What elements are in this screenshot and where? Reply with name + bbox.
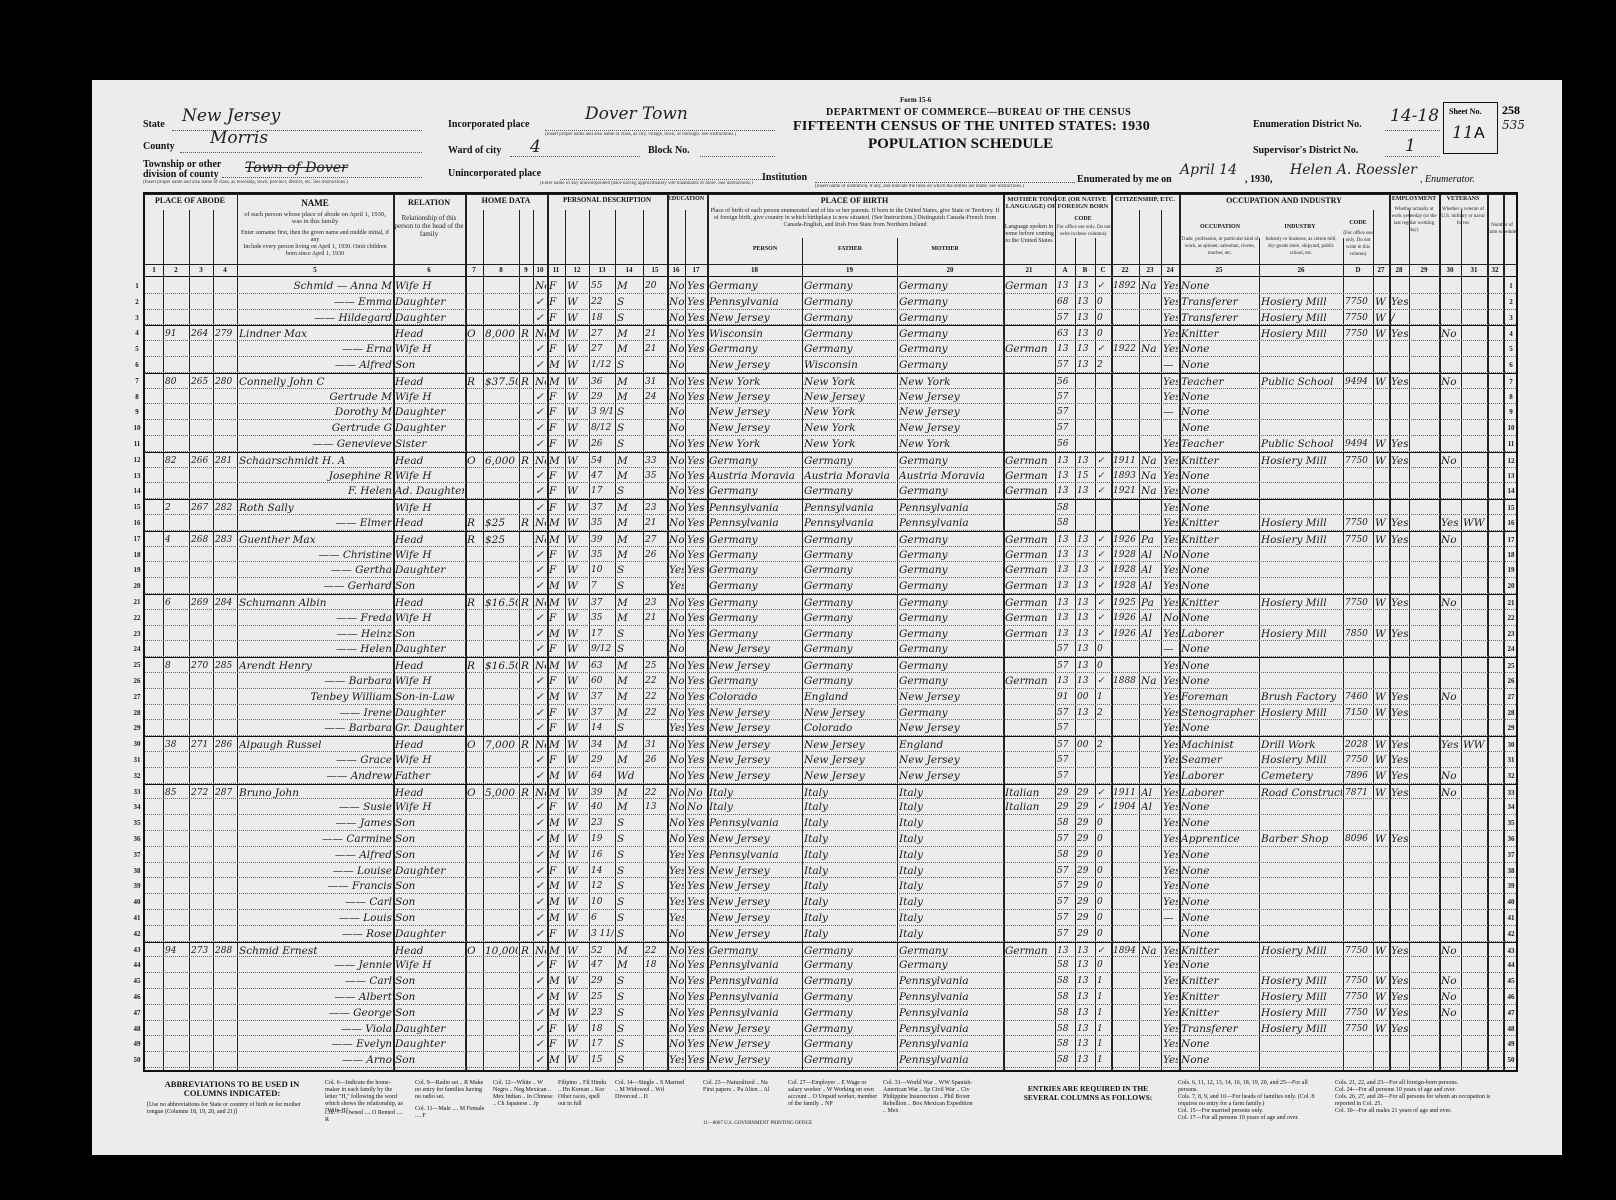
cell-age: 6 <box>591 910 614 926</box>
table-row: 82266281Schaarschmidt H. AHeadO6,000RNoM… <box>145 452 1516 468</box>
cell-dw: 272 <box>191 785 212 801</box>
stamp-number: 258 <box>1502 103 1520 118</box>
row-number: 30 <box>131 736 143 752</box>
cell-fbp: Germany <box>804 278 896 294</box>
row-number: 33 <box>131 784 143 800</box>
cell-ca: 13 <box>1057 943 1074 959</box>
cell-imm: 1926 <box>1113 532 1138 548</box>
cell-rel: Head <box>395 943 464 959</box>
cell-age: 40 <box>591 799 614 815</box>
cell-sch: No <box>669 310 684 326</box>
supervisor-label: Supervisor's District No. <box>1253 145 1358 156</box>
row-number: 49 <box>131 1036 143 1052</box>
cell-race: W <box>567 562 588 578</box>
cell-rn2: 41 <box>1505 910 1517 926</box>
cell-occ: Transferer <box>1181 310 1258 326</box>
cell-fbp: Germany <box>804 1021 896 1037</box>
cell-sch: Yes <box>669 562 684 578</box>
cell-race: W <box>567 453 588 469</box>
cell-race: W <box>567 468 588 484</box>
cell-mbp: Germany <box>899 326 1002 342</box>
cell-eng: Yes <box>1163 658 1178 674</box>
table-row: —— GenevieveSister✓FW26SNoYesNew YorkNew… <box>145 436 1516 452</box>
enumerated-label: Enumerated by me on <box>1077 174 1172 185</box>
cell-eng: Yes <box>1163 483 1178 499</box>
cell-imm: 1911 <box>1113 785 1138 801</box>
cell-age: 17 <box>591 626 614 642</box>
cell-mar: S <box>617 863 642 879</box>
cell-cw: W <box>1375 831 1388 847</box>
row-number: 4 <box>131 325 143 341</box>
cell-sch: No <box>669 357 684 373</box>
cell-vet: No <box>1441 453 1460 469</box>
cell-vet: No <box>1441 973 1460 989</box>
cell-cb: 29 <box>1077 831 1094 847</box>
sheet-label: Sheet No. <box>1449 107 1481 116</box>
row-number: 50 <box>131 1052 143 1068</box>
cell-cw: W <box>1375 532 1388 548</box>
table-row: —— AlfredSon✓MW1/12SNoNew JerseyWisconsi… <box>145 357 1516 373</box>
column-number: 31 <box>1461 264 1487 276</box>
cell-cc: 0 <box>1097 326 1110 342</box>
cell-eng: Yes <box>1163 894 1178 910</box>
cell-code: 7750 <box>1345 1021 1372 1037</box>
cell-mar: S <box>617 847 642 863</box>
cell-farm: No <box>535 326 546 342</box>
cell-code: 7750 <box>1345 752 1372 768</box>
cell-ca: 91 <box>1057 689 1074 705</box>
cell-amar: 23 <box>645 500 666 516</box>
cell-bp: Germany <box>709 453 801 469</box>
section-mother-tongue: MOTHER TONGUE (OR NATIVE LANGUAGE) OF FO… <box>1003 196 1111 210</box>
cell-rn2: 46 <box>1505 989 1517 1005</box>
cell-house: 38 <box>165 737 188 753</box>
form-footer: ABBREVIATIONS TO BE USED IN COLUMNS INDI… <box>143 1076 1518 1136</box>
cell-rn2: 7 <box>1505 374 1517 390</box>
entries-title: ENTRIES ARE REQUIRED IN THE SEVERAL COLU… <box>1013 1084 1163 1102</box>
cell-ca: 58 <box>1057 973 1074 989</box>
column-number: B <box>1075 264 1095 276</box>
cell-name: Guenther Max <box>239 532 392 548</box>
cell-age: 52 <box>591 943 614 959</box>
cell-occ: None <box>1181 894 1258 910</box>
cell-mbp: Italy <box>899 847 1002 863</box>
cell-sex: F <box>549 500 564 516</box>
cell-farm: ✓ <box>535 768 546 784</box>
cell-emp: Yes <box>1391 973 1408 989</box>
cell-emp: / <box>1391 310 1408 326</box>
cell-occ: Machinist <box>1181 737 1258 753</box>
cell-read: Yes <box>687 468 706 484</box>
cell-rn2: 12 <box>1505 453 1517 469</box>
cell-fbp: New Jersey <box>804 389 896 405</box>
cell-own: O <box>467 785 482 801</box>
cell-occ: None <box>1181 357 1258 373</box>
section-relation: RELATION <box>393 198 465 207</box>
cell-bp: New Jersey <box>709 926 801 942</box>
cell-own: R <box>467 658 482 674</box>
cell-bp: Germany <box>709 483 801 499</box>
cell-fbp: Wisconsin <box>804 357 896 373</box>
cell-name: Tenbey William <box>239 689 392 705</box>
cell-imm: 1911 <box>1113 453 1138 469</box>
name-instruction-2: Include every person living on April 1, … <box>240 244 390 258</box>
cell-war: WW <box>1463 515 1486 531</box>
cell-race: W <box>567 705 588 721</box>
cell-eng: Yes <box>1163 847 1178 863</box>
cell-sch: No <box>669 943 684 959</box>
cell-age: 23 <box>591 815 614 831</box>
column-number: 9 <box>519 264 533 276</box>
cell-sex: F <box>549 436 564 452</box>
column-number: 10 <box>533 264 547 276</box>
cell-cb: 29 <box>1077 926 1094 942</box>
cell-mbp: Germany <box>899 341 1002 357</box>
cell-sch: No <box>669 532 684 548</box>
cell-sex: F <box>549 705 564 721</box>
cell-ind: Hosiery Mill <box>1261 1005 1342 1021</box>
cell-sex: M <box>549 515 564 531</box>
row-number: 6 <box>131 357 143 373</box>
cell-fam: 286 <box>215 737 236 753</box>
row-number: 10 <box>131 420 143 436</box>
table-row: —— LouiseDaughter✓FW14SYesYesNew JerseyI… <box>145 863 1516 879</box>
cell-sch: No <box>669 641 684 657</box>
industry-description: Industry or business, as cotton mill, dr… <box>1261 236 1341 257</box>
row-number: 37 <box>131 847 143 863</box>
cell-nat: Pa <box>1141 595 1160 611</box>
cell-eng: Yes <box>1163 341 1178 357</box>
table-row: —— ChristineWife H✓FW35M26NoYesGermanyGe… <box>145 547 1516 563</box>
cell-cb: 13 <box>1077 943 1094 959</box>
cell-val: 7,000 <box>485 737 518 753</box>
cell-emp: Yes <box>1391 595 1408 611</box>
cell-cc: 1 <box>1097 1052 1110 1068</box>
cell-sch: No <box>669 436 684 452</box>
cell-name: Alpaugh Russel <box>239 737 392 753</box>
cell-cc: 0 <box>1097 926 1110 942</box>
cell-mar: M <box>617 500 642 516</box>
cell-name: Arendt Henry <box>239 658 392 674</box>
cell-vet: Yes <box>1441 737 1460 753</box>
enum-district-label: Enumeration District No. <box>1253 119 1362 130</box>
cell-age: 47 <box>591 468 614 484</box>
cell-age: 64 <box>591 768 614 784</box>
cell-eng: Yes <box>1163 1005 1178 1021</box>
cell-farm: ✓ <box>535 578 546 594</box>
col-father: FATHER <box>820 246 880 252</box>
cell-occ: None <box>1181 500 1258 516</box>
cell-farm: ✓ <box>535 500 546 516</box>
cell-age: 37 <box>591 705 614 721</box>
table-row: —— HildegardDaughter✓FW18SNoYesNew Jerse… <box>145 310 1516 326</box>
cell-vet: No <box>1441 943 1460 959</box>
cell-fbp: Germany <box>804 1052 896 1068</box>
cell-eng: Yes <box>1163 500 1178 516</box>
cell-rel: Wife H <box>395 547 464 563</box>
cell-farm: No <box>535 453 546 469</box>
cell-cw: W <box>1375 1021 1388 1037</box>
cell-race: W <box>567 515 588 531</box>
cell-bp: Pennsylvania <box>709 1005 801 1021</box>
cell-bp: New Jersey <box>709 1036 801 1052</box>
cell-sch: No <box>669 420 684 436</box>
cell-mar: M <box>617 389 642 405</box>
cell-read: No <box>687 799 706 815</box>
cell-rn2: 11 <box>1505 436 1517 452</box>
cell-rn2: 27 <box>1505 689 1517 705</box>
cell-bp: New Jersey <box>709 658 801 674</box>
row-number: 23 <box>131 626 143 642</box>
cell-farm: ✓ <box>535 831 546 847</box>
cell-bp: Germany <box>709 341 801 357</box>
cell-sex: M <box>549 374 564 390</box>
cell-own: O <box>467 453 482 469</box>
cell-fbp: Germany <box>804 547 896 563</box>
cell-cc: 0 <box>1097 641 1110 657</box>
row-number: 5 <box>131 341 143 357</box>
cell-radio: R <box>521 374 532 390</box>
cell-cb: 29 <box>1077 863 1094 879</box>
cell-occ: Knitter <box>1181 943 1258 959</box>
cell-farm: ✓ <box>535 815 546 831</box>
cell-mbp: Italy <box>899 926 1002 942</box>
cell-farm: ✓ <box>535 404 546 420</box>
cell-mar: M <box>617 515 642 531</box>
cell-fbp: Italy <box>804 878 896 894</box>
cell-sex: F <box>549 341 564 357</box>
county-label: County <box>143 141 175 152</box>
table-row: —— SusieWife H✓FW40M13NoNoItalyItalyItal… <box>145 799 1516 815</box>
cell-race: W <box>567 436 588 452</box>
cell-cb: 13 <box>1077 1052 1094 1068</box>
cell-eng: — <box>1163 357 1178 373</box>
cell-fbp: Italy <box>804 815 896 831</box>
cell-sch: No <box>669 799 684 815</box>
cell-sch: Yes <box>669 894 684 910</box>
cell-ca: 57 <box>1057 863 1074 879</box>
cell-rn2: 37 <box>1505 847 1517 863</box>
row-number: 21 <box>131 594 143 610</box>
cell-nat: Al <box>1141 799 1160 815</box>
cell-name: Gertrude M <box>239 389 392 405</box>
enum-district-value: 14-18 <box>1390 106 1439 126</box>
cell-code: 7750 <box>1345 326 1372 342</box>
cell-cc: 0 <box>1097 847 1110 863</box>
cell-mar: M <box>617 658 642 674</box>
column-number: 16 <box>667 264 685 276</box>
section-personal: PERSONAL DESCRIPTION <box>547 196 667 204</box>
cell-house: 8 <box>165 658 188 674</box>
cell-rel: Son <box>395 357 464 373</box>
section-abode: PLACE OF ABODE <box>145 196 235 205</box>
cell-race: W <box>567 863 588 879</box>
cell-rel: Daughter <box>395 294 464 310</box>
cell-mbp: Germany <box>899 547 1002 563</box>
cell-ca: 58 <box>1057 957 1074 973</box>
cell-eng: Yes <box>1163 453 1178 469</box>
column-number: 13 <box>589 264 615 276</box>
cell-sch: No <box>669 547 684 563</box>
cell-rn2: 30 <box>1505 737 1517 753</box>
cell-cw: W <box>1375 310 1388 326</box>
cell-emp: Yes <box>1391 515 1408 531</box>
cell-eng: Yes <box>1163 785 1178 801</box>
table-row: —— GerthaDaughter✓FW10SYesYesGermanyGerm… <box>145 562 1516 578</box>
cell-fbp: Germany <box>804 973 896 989</box>
cell-ind: Hosiery Mill <box>1261 989 1342 1005</box>
column-number: 18 <box>707 264 802 276</box>
cell-sch: No <box>669 752 684 768</box>
cell-amar: 24 <box>645 389 666 405</box>
cell-rn2: 50 <box>1505 1052 1517 1068</box>
cell-rel: Son <box>395 973 464 989</box>
cell-mbp: Pennsylvania <box>899 1052 1002 1068</box>
cell-bp: New Jersey <box>709 878 801 894</box>
cell-bp: Pennsylvania <box>709 957 801 973</box>
cell-read: Yes <box>687 341 706 357</box>
abbrev-col12: Col. 12—White .. W Negro .. Neg Mexican … <box>493 1080 553 1108</box>
cell-fbp: England <box>804 689 896 705</box>
cell-eng: No <box>1163 547 1178 563</box>
cell-bp: Pennsylvania <box>709 847 801 863</box>
cell-age: 10 <box>591 894 614 910</box>
column-number: 11 <box>547 264 565 276</box>
cell-mar: M <box>617 785 642 801</box>
cell-read: Yes <box>687 943 706 959</box>
cell-rn2: 22 <box>1505 610 1517 626</box>
row-number: 39 <box>131 878 143 894</box>
cell-cb: 13 <box>1077 1036 1094 1052</box>
cell-race: W <box>567 420 588 436</box>
cell-cw: W <box>1375 294 1388 310</box>
cell-rel: Son <box>395 894 464 910</box>
cell-read: Yes <box>687 720 706 736</box>
cell-farm: ✓ <box>535 483 546 499</box>
cell-occ: Teacher <box>1181 436 1258 452</box>
cell-race: W <box>567 595 588 611</box>
cell-sex: M <box>549 626 564 642</box>
cell-cw: W <box>1375 436 1388 452</box>
cell-cb: 13 <box>1077 326 1094 342</box>
cell-farm: ✓ <box>535 689 546 705</box>
cell-sex: M <box>549 737 564 753</box>
table-row: —— ArnoSon✓MW15SYesYesNew JerseyGermanyP… <box>145 1052 1516 1068</box>
cell-farm: ✓ <box>535 610 546 626</box>
cell-bp: Pennsylvania <box>709 973 801 989</box>
cell-cb: 13 <box>1077 532 1094 548</box>
table-row: —— AndrewFather✓MW64WdNoYesNew JerseyNew… <box>145 768 1516 784</box>
cell-read: Yes <box>687 658 706 674</box>
cell-fbp: New Jersey <box>804 737 896 753</box>
cell-bp: Germany <box>709 943 801 959</box>
cell-age: 19 <box>591 831 614 847</box>
cell-cc: 0 <box>1097 310 1110 326</box>
cell-ca: 68 <box>1057 294 1074 310</box>
cell-rel: Head <box>395 532 464 548</box>
cell-farm: ✓ <box>535 705 546 721</box>
cell-race: W <box>567 1021 588 1037</box>
cell-sch: No <box>669 705 684 721</box>
cell-read: Yes <box>687 610 706 626</box>
cell-occ: None <box>1181 926 1258 942</box>
section-veterans: VETERANS <box>1439 196 1487 202</box>
cell-rel: Wife H <box>395 752 464 768</box>
cell-race: W <box>567 578 588 594</box>
row-number: 18 <box>131 547 143 563</box>
cell-race: W <box>567 610 588 626</box>
cell-imm: 1926 <box>1113 626 1138 642</box>
cell-rn2: 8 <box>1505 389 1517 405</box>
cell-rn2: 10 <box>1505 420 1517 436</box>
cell-vet: No <box>1441 374 1460 390</box>
cell-race: W <box>567 357 588 373</box>
cell-age: 27 <box>591 326 614 342</box>
cell-mbp: Germany <box>899 278 1002 294</box>
cell-sex: M <box>549 785 564 801</box>
cell-dw: 265 <box>191 374 212 390</box>
incorporated-value: Dover Town <box>585 104 688 124</box>
cell-mar: Wd <box>617 768 642 784</box>
cell-rn2: 15 <box>1505 500 1517 516</box>
cell-sch: No <box>669 658 684 674</box>
cell-sex: M <box>549 453 564 469</box>
cell-sex: M <box>549 689 564 705</box>
table-row: —— FredaWife H✓FW35M21NoYesGermanyGerman… <box>145 610 1516 626</box>
cell-val: 5,000 <box>485 785 518 801</box>
cell-fam: 288 <box>215 943 236 959</box>
cell-name: —— Barbara <box>239 720 392 736</box>
cell-ca: 57 <box>1057 357 1074 373</box>
table-row: —— GerhardSon✓MW7SYesGermanyGermanyGerma… <box>145 578 1516 594</box>
cell-house: 94 <box>165 943 188 959</box>
col-mother: MOTHER <box>915 246 975 252</box>
cell-mbp: New Jersey <box>899 389 1002 405</box>
cell-rel: Son <box>395 847 464 863</box>
name-description: of each person whose place of abode on A… <box>240 211 390 225</box>
cell-cb: 13 <box>1077 705 1094 721</box>
cell-bp: Germany <box>709 578 801 594</box>
cell-farm: ✓ <box>535 626 546 642</box>
cell-mbp: Italy <box>899 831 1002 847</box>
cell-race: W <box>567 768 588 784</box>
row-number: 29 <box>131 720 143 736</box>
column-number: 17 <box>685 264 707 276</box>
department-title: DEPARTMENT OF COMMERCE—BUREAU OF THE CEN… <box>826 107 1131 118</box>
table-row: —— AlfredSon✓MW16SYesYesPennsylvaniaItal… <box>145 847 1516 863</box>
cell-cc: 1 <box>1097 989 1110 1005</box>
cell-ca: 13 <box>1057 547 1074 563</box>
cell-imm: 1921 <box>1113 483 1138 499</box>
row-number: 1 <box>131 278 143 294</box>
cell-bp: New Jersey <box>709 737 801 753</box>
cell-bp: Pennsylvania <box>709 294 801 310</box>
cell-ind: Cemetery <box>1261 768 1342 784</box>
cell-race: W <box>567 547 588 563</box>
cell-sch: Yes <box>669 847 684 863</box>
cell-nat: Na <box>1141 278 1160 294</box>
cell-mar: S <box>617 910 642 926</box>
cell-mbp: New Jersey <box>899 689 1002 705</box>
row-number: 43 <box>131 942 143 958</box>
table-row: 80265280Connelly John CHeadR$37.50RNoMW3… <box>145 373 1516 389</box>
cell-name: —— Elmer <box>239 515 392 531</box>
cell-fam: 287 <box>215 785 236 801</box>
column-number: 25 <box>1179 264 1259 276</box>
cell-sex: M <box>549 815 564 831</box>
cell-race: W <box>567 341 588 357</box>
cell-eng: Yes <box>1163 768 1178 784</box>
